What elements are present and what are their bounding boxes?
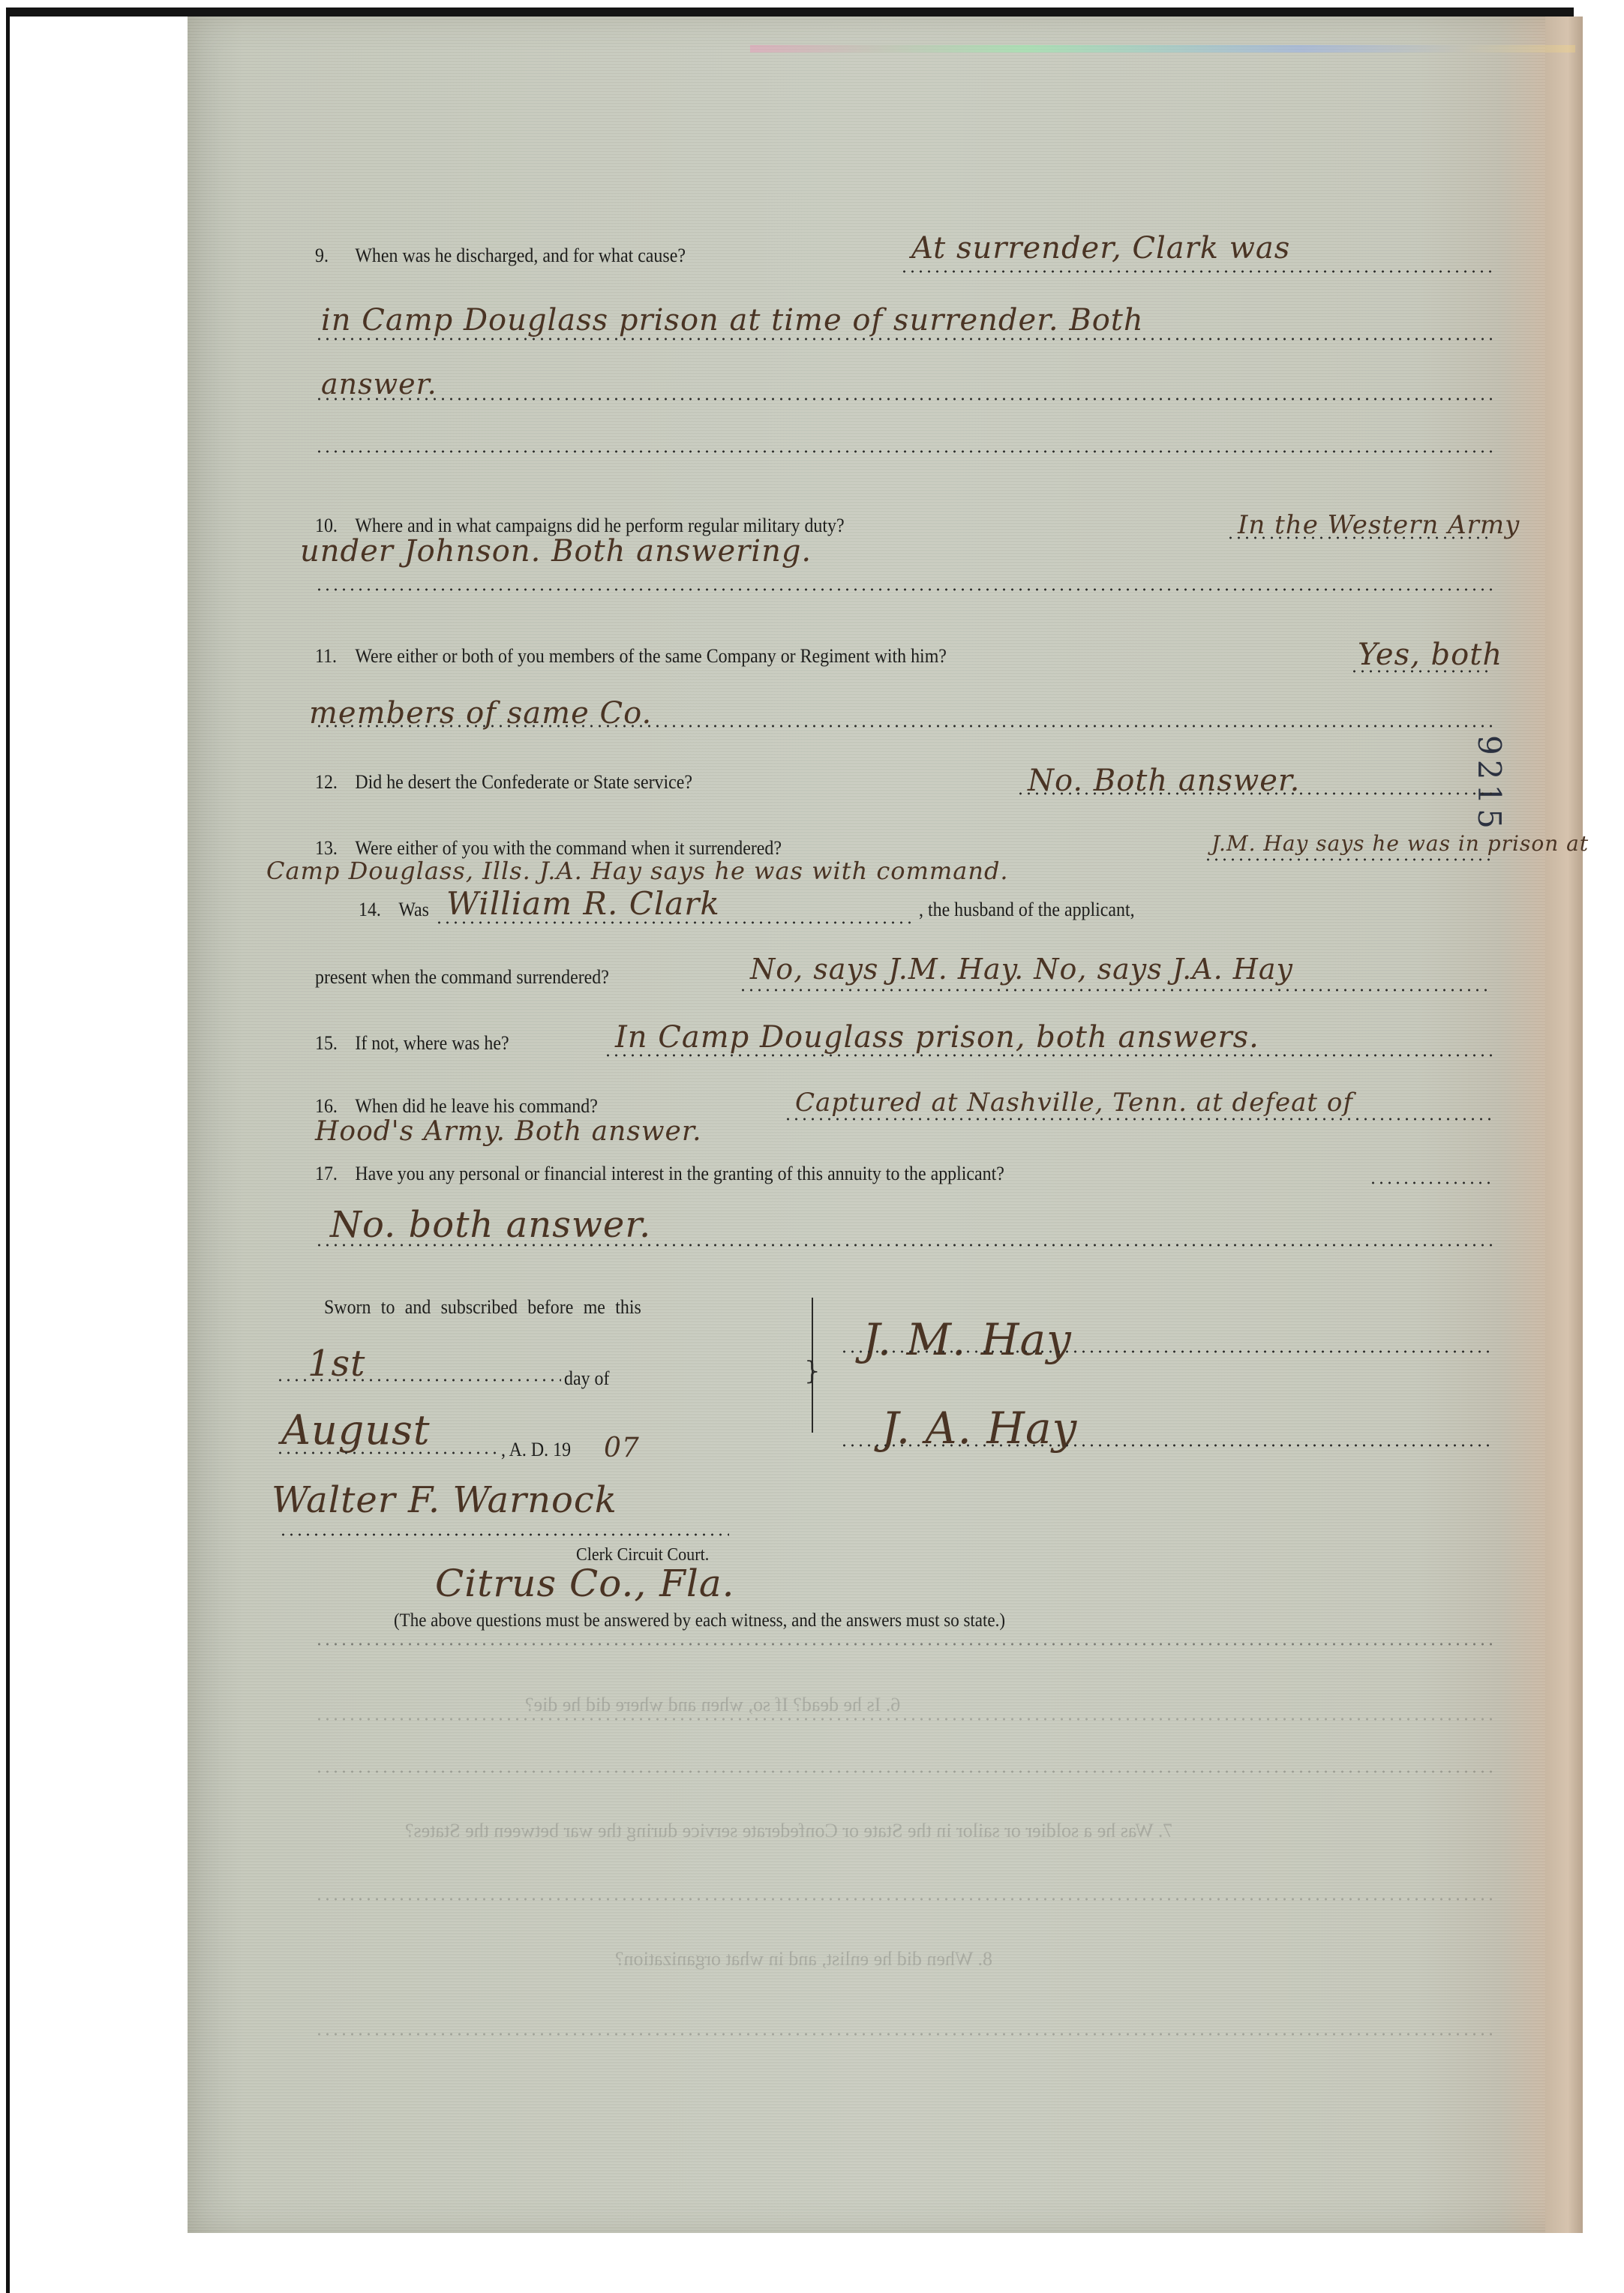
question-text: Did he desert the Confederate or State s… bbox=[355, 771, 692, 793]
question-text: If not, where was he? bbox=[355, 1032, 509, 1054]
year-value: 07 bbox=[604, 1433, 640, 1463]
dotted-line bbox=[276, 1451, 501, 1454]
dotted-line bbox=[784, 1118, 1493, 1121]
answer-text: At surrender, Clark was bbox=[911, 231, 1290, 266]
answer-text: Captured at Nashville, Tenn. at defeat o… bbox=[795, 1088, 1353, 1118]
question-number: 10. bbox=[315, 516, 355, 536]
scan-border-left bbox=[6, 8, 10, 2293]
answer-text: answer. bbox=[321, 368, 437, 401]
footer-instruction: (The above questions must be answered by… bbox=[394, 1611, 1405, 1630]
dotted-line bbox=[315, 338, 1493, 341]
question-text: When was he discharged, and for what cau… bbox=[355, 245, 686, 266]
year-label: , A. D. 19 bbox=[501, 1439, 571, 1461]
dotted-line bbox=[1226, 536, 1493, 539]
dotted-line bbox=[604, 1054, 1493, 1057]
question-number: 12. bbox=[315, 773, 355, 792]
answer-text: Hood's Army. Both answer. bbox=[315, 1116, 702, 1147]
bleed-dotted-line bbox=[315, 1718, 1493, 1721]
dotted-line bbox=[315, 588, 1493, 591]
question-text: , the husband of the applicant, bbox=[919, 900, 1447, 920]
month-value: August bbox=[281, 1406, 431, 1454]
bleed-through-text: 6. Is he dead? If so, when and where did… bbox=[525, 1694, 900, 1716]
question-number: 14. bbox=[359, 900, 398, 920]
page-fold-edge bbox=[1545, 17, 1583, 2233]
question-text: Were either or both of you members of th… bbox=[355, 645, 947, 667]
dotted-line bbox=[900, 270, 1493, 273]
question-text: Where and in what campaigns did he perfo… bbox=[355, 515, 844, 536]
bleed-through-text: 7. Was he a soldier or sailor in the Sta… bbox=[405, 1820, 1172, 1842]
clerk-signature: Walter F. Warnock bbox=[272, 1479, 617, 1521]
stamp-number: 9215 bbox=[1471, 735, 1508, 833]
dotted-line bbox=[315, 725, 1493, 728]
dotted-line bbox=[435, 921, 915, 924]
sworn-text: Sworn to and subscribed before me this bbox=[324, 1298, 1399, 1317]
signature-line bbox=[840, 1444, 1493, 1447]
witness-signature: J. M. Hay bbox=[863, 1314, 1072, 1365]
question-text: Were either of you with the command when… bbox=[355, 837, 782, 859]
signature-line bbox=[279, 1533, 729, 1536]
husband-name: William R. Clark bbox=[446, 885, 720, 922]
dotted-line bbox=[315, 398, 1493, 401]
dotted-line bbox=[1350, 670, 1493, 673]
question-number: 11. bbox=[315, 647, 355, 666]
bleed-dotted-line bbox=[315, 2033, 1493, 2036]
answer-text: Yes, both bbox=[1358, 638, 1502, 672]
dotted-line bbox=[739, 989, 1493, 992]
dotted-line bbox=[1204, 858, 1493, 861]
answer-text: J.M. Hay says he was in prison at bbox=[1211, 831, 1589, 856]
bleed-dotted-line bbox=[315, 1770, 1493, 1773]
dotted-line bbox=[276, 1379, 561, 1382]
scan-glare bbox=[750, 45, 1575, 53]
dotted-line bbox=[1369, 1181, 1493, 1184]
scan-border-top bbox=[6, 8, 1574, 17]
dotted-line bbox=[315, 1244, 1493, 1247]
county-text: Citrus Co., Fla. bbox=[435, 1562, 735, 1605]
answer-text: under Johnson. Both answering. bbox=[300, 534, 812, 569]
dotted-line bbox=[1016, 792, 1493, 795]
answer-text: Camp Douglass, Ills. J.A. Hay says he wa… bbox=[266, 857, 1009, 885]
bleed-dotted-line bbox=[315, 1898, 1493, 1901]
answer-text: in Camp Douglass prison at time of surre… bbox=[321, 303, 1144, 338]
question-text: Have you any personal or financial inter… bbox=[355, 1163, 1004, 1184]
question-text: When did he leave his command? bbox=[355, 1095, 597, 1117]
answer-text: No. both answer. bbox=[330, 1204, 651, 1246]
question-number: 15. bbox=[315, 1034, 355, 1053]
dotted-line bbox=[315, 1643, 1493, 1646]
question-number: 13. bbox=[315, 839, 355, 858]
question-text: Was bbox=[398, 899, 429, 920]
signature-line bbox=[840, 1350, 1493, 1353]
dotted-line bbox=[315, 450, 1493, 453]
day-label: day of bbox=[564, 1367, 609, 1390]
answer-text: In the Western Army bbox=[1238, 510, 1520, 540]
answer-text: No, says J.M. Hay. No, says J.A. Hay bbox=[750, 953, 1293, 986]
question-number: 17. bbox=[315, 1164, 355, 1184]
question-number: 9. bbox=[315, 246, 355, 266]
answer-text: In Camp Douglass prison, both answers. bbox=[615, 1020, 1259, 1055]
signature-bracket-tip: } bbox=[804, 1356, 821, 1386]
question-number: 16. bbox=[315, 1097, 355, 1116]
bleed-through-text: 8. When did he enlist, and in what organ… bbox=[615, 1948, 992, 1970]
